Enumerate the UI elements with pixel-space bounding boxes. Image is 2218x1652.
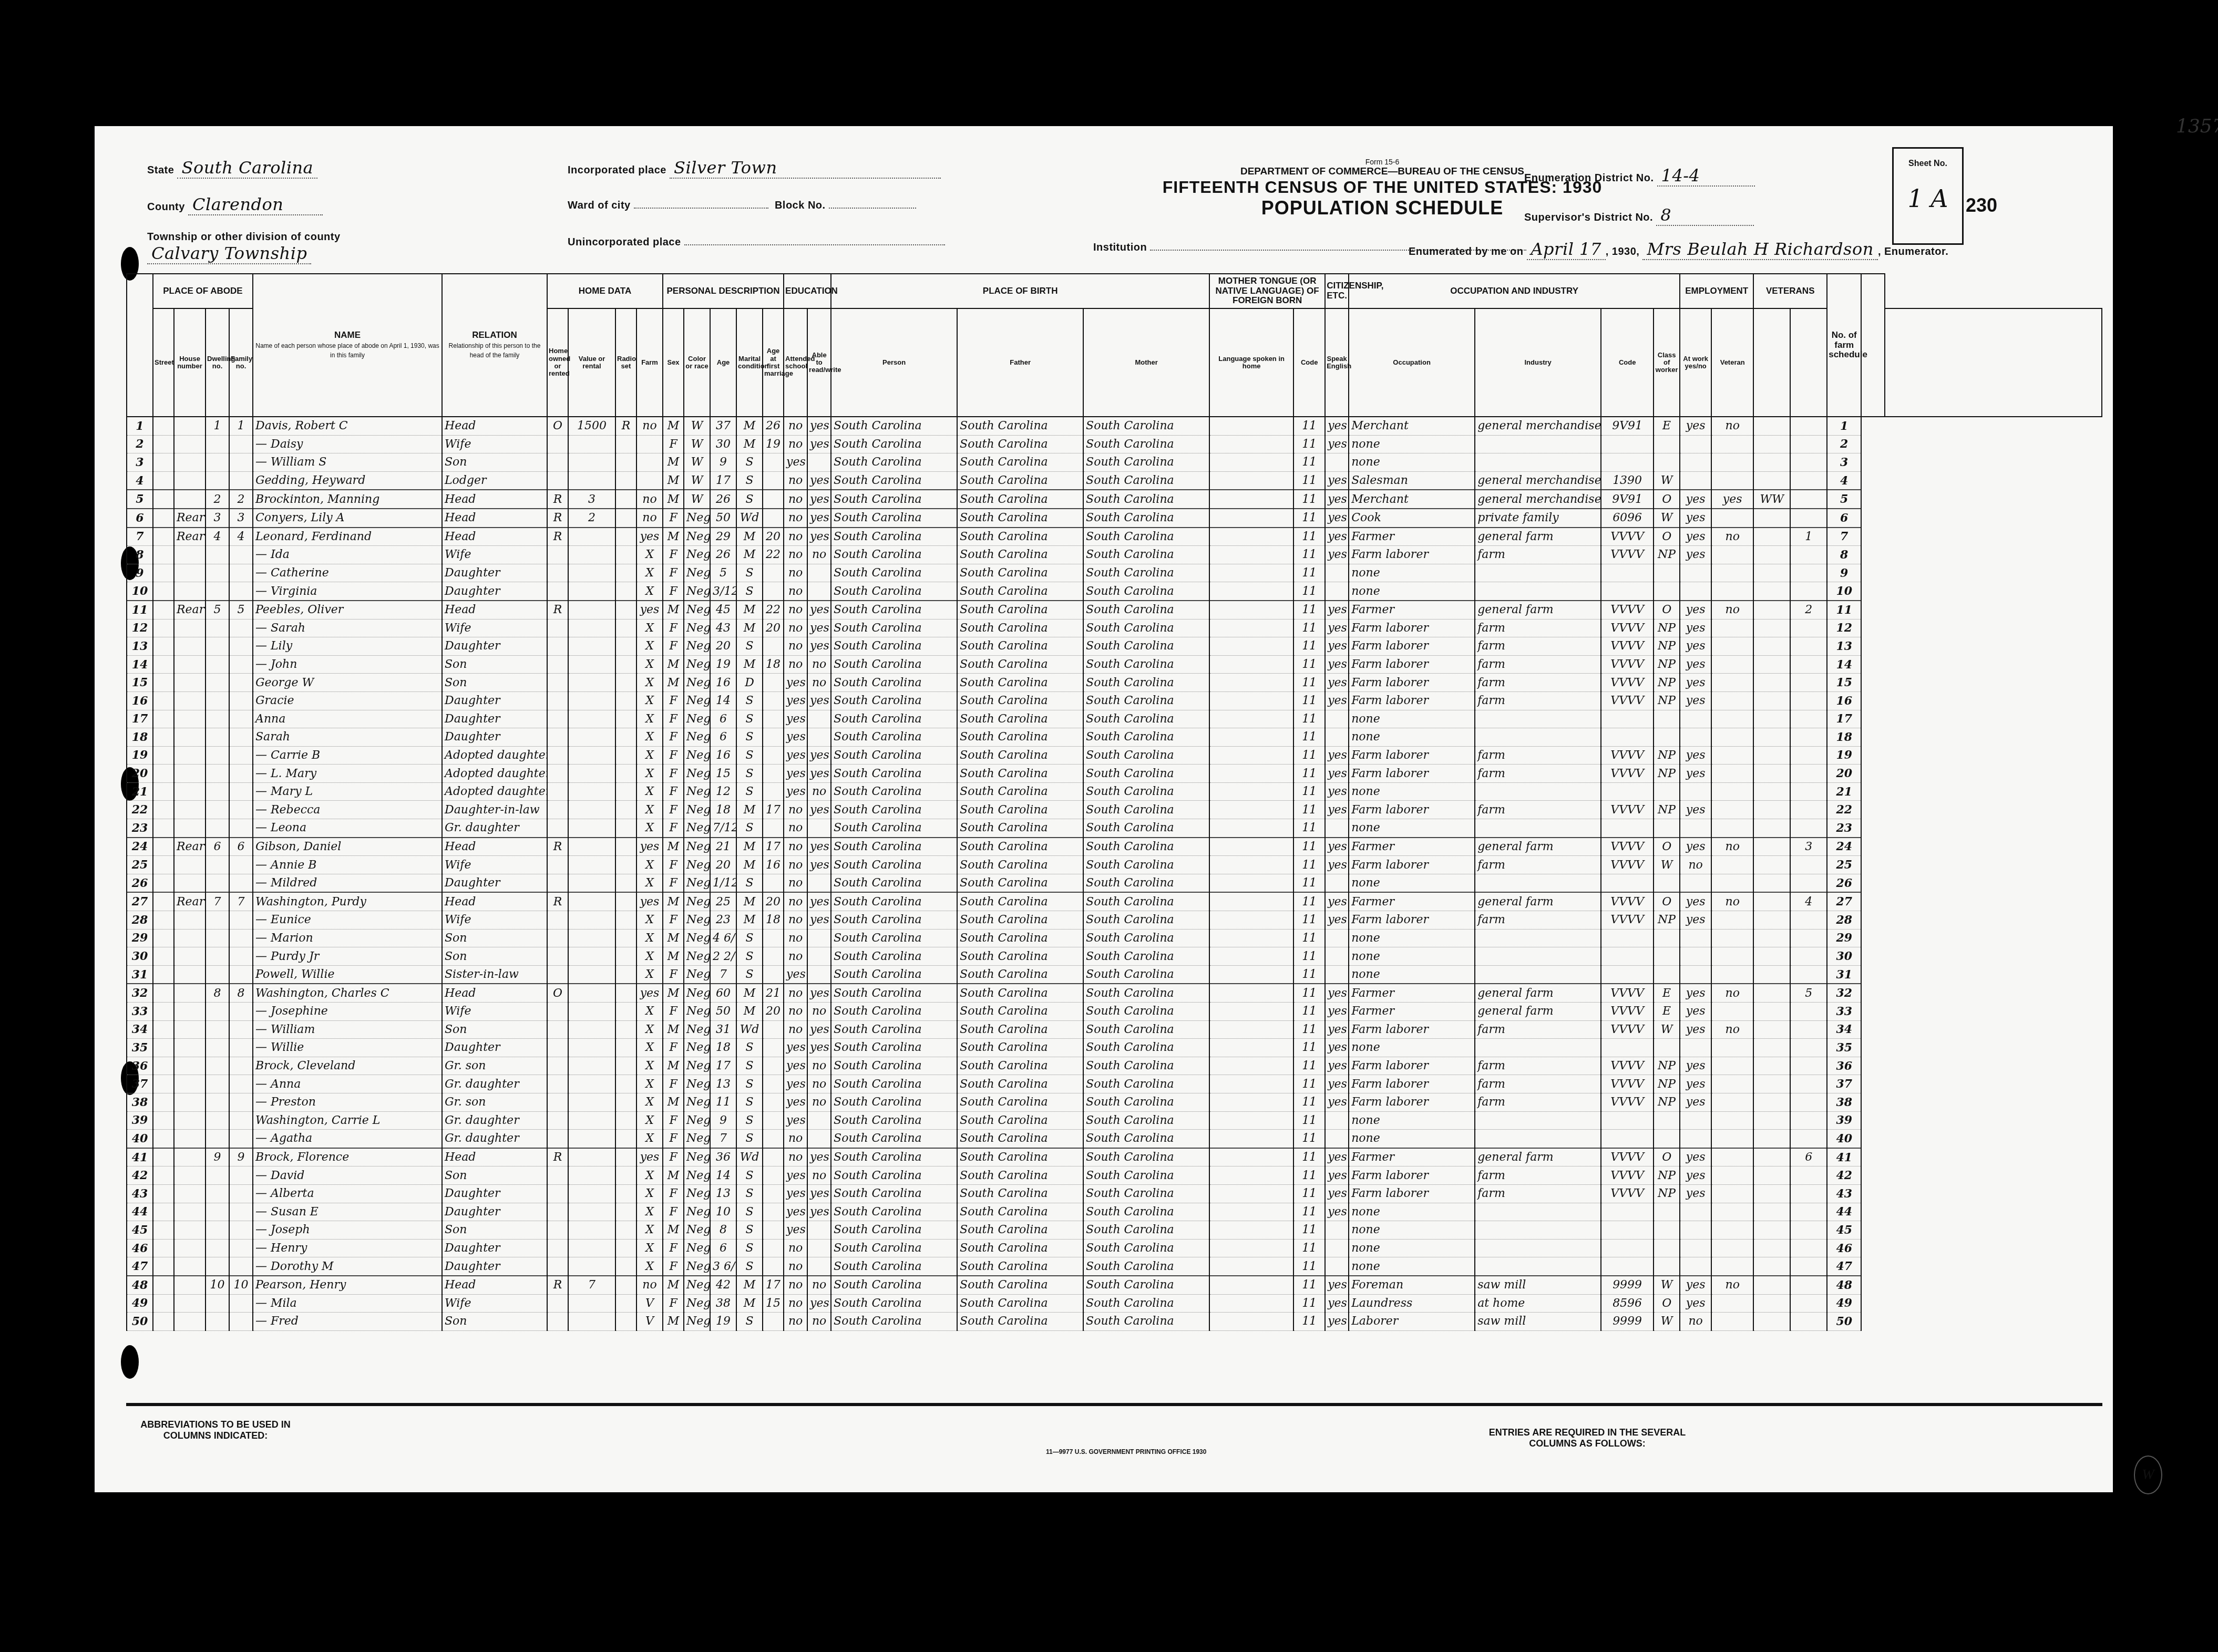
cell-farmsch — [1790, 1057, 1827, 1075]
cell-age: 15 — [710, 765, 736, 783]
group-home-data: HOME DATA — [547, 274, 663, 308]
table-row: 24Rear66Gibson, DanielHeadRyesMNeg21M17n… — [127, 838, 2102, 856]
cell-work — [1680, 435, 1711, 453]
line-number: 24 — [127, 838, 153, 856]
cell-radio — [615, 929, 636, 947]
cell-name: Gibson, Daniel — [253, 838, 442, 856]
cell-ind: farm — [1475, 856, 1601, 874]
cell-school: yes — [784, 691, 807, 710]
cell-vet: no — [1711, 1020, 1753, 1039]
cell-name: — L. Mary — [253, 765, 442, 783]
cell-family — [229, 564, 253, 582]
cell-sex: M — [663, 1276, 684, 1294]
cell-read: yes — [807, 417, 831, 435]
line-number-right: 37 — [1827, 1075, 1861, 1093]
cell-birth: South Carolina — [831, 819, 957, 838]
cell-name: — Annie B — [253, 856, 442, 874]
cell-work: yes — [1680, 509, 1711, 528]
line-number: 18 — [127, 728, 153, 747]
cell-code: 11 — [1293, 1075, 1325, 1093]
cell-rel: Wife — [442, 435, 547, 453]
cell-family — [229, 1111, 253, 1130]
cell-own — [547, 637, 568, 656]
cell-race: Neg — [684, 1039, 710, 1057]
cell-rel: Head — [442, 490, 547, 509]
cell-house — [174, 1148, 206, 1166]
cell-lang — [1209, 435, 1293, 453]
cell-eng — [1325, 1239, 1349, 1257]
cell-ind — [1475, 1221, 1601, 1240]
line-number: 11 — [127, 601, 153, 619]
cell-age: 6 — [710, 728, 736, 747]
cell-race: Neg — [684, 1239, 710, 1257]
cell-radio — [615, 1057, 636, 1075]
cell-cls: NP — [1654, 637, 1680, 656]
cell-occcode: VVVV — [1601, 546, 1654, 564]
cell-war — [1753, 435, 1790, 453]
cell-war — [1753, 911, 1790, 930]
cell-father: South Carolina — [957, 874, 1083, 892]
cell-house — [174, 546, 206, 564]
cell-school: yes — [784, 453, 807, 472]
cell-school: no — [784, 471, 807, 490]
cell-marital: S — [736, 728, 763, 747]
cell-vet — [1711, 582, 1753, 601]
cell-race: W — [684, 490, 710, 509]
cell-father: South Carolina — [957, 435, 1083, 453]
cell-code: 11 — [1293, 471, 1325, 490]
cell-cls: W — [1654, 1276, 1680, 1294]
cell-work: yes — [1680, 601, 1711, 619]
cell-occcode — [1601, 1221, 1654, 1240]
cell-farm: X — [636, 874, 663, 892]
cell-dwelling — [206, 1184, 229, 1203]
cell-agem: 20 — [763, 892, 784, 911]
cell-code: 11 — [1293, 1111, 1325, 1130]
cell-war — [1753, 874, 1790, 892]
cell-sex: F — [663, 1203, 684, 1221]
cell-lang — [1209, 674, 1293, 692]
cell-name: — Susan E — [253, 1203, 442, 1221]
line-number-right: 19 — [1827, 746, 1861, 765]
cell-race: W — [684, 471, 710, 490]
cell-cls — [1654, 1130, 1680, 1148]
cell-lang — [1209, 710, 1293, 728]
cell-vet — [1711, 1003, 1753, 1021]
cell-occcode — [1601, 564, 1654, 582]
table-row: 34— WilliamSonXMNeg31WdnoyesSouth Caroli… — [127, 1020, 2102, 1039]
cell-street — [153, 1294, 174, 1313]
cell-vet — [1711, 1057, 1753, 1075]
cell-birth: South Carolina — [831, 1184, 957, 1203]
line-number-right: 23 — [1827, 819, 1861, 838]
cell-war — [1753, 1166, 1790, 1185]
cell-mother: South Carolina — [1083, 691, 1209, 710]
state-value: South Carolina — [177, 158, 317, 179]
incorporated-field: Incorporated place Silver Town — [568, 158, 941, 179]
state-field: State South Carolina — [147, 158, 317, 179]
cell-family: 2 — [229, 490, 253, 509]
cell-own: R — [547, 838, 568, 856]
group-name: NAMEName of each person whose place of a… — [253, 274, 442, 417]
cell-rel: Son — [442, 947, 547, 966]
cell-marital: S — [736, 874, 763, 892]
cell-name: — David — [253, 1166, 442, 1185]
cell-school: yes — [784, 782, 807, 801]
cell-vet — [1711, 1166, 1753, 1185]
cell-name: Gedding, Heyward — [253, 471, 442, 490]
cell-war — [1753, 1093, 1790, 1111]
cell-read: yes — [807, 856, 831, 874]
cell-farmsch — [1790, 1257, 1827, 1276]
cell-read: no — [807, 782, 831, 801]
line-number: 14 — [127, 655, 153, 674]
cell-father: South Carolina — [957, 564, 1083, 582]
group-relation: RELATIONRelationship of this person to t… — [442, 274, 547, 417]
cell-dwelling — [206, 765, 229, 783]
cell-race: Neg — [684, 528, 710, 546]
cell-occcode: VVVV — [1601, 911, 1654, 930]
cell-farmsch — [1790, 874, 1827, 892]
cell-school: no — [784, 417, 807, 435]
cell-farm: X — [636, 728, 663, 747]
table-row: 13— LilyDaughterXFNeg20SnoyesSouth Carol… — [127, 637, 2102, 656]
county-value: Clarendon — [188, 194, 323, 215]
cell-farm: X — [636, 911, 663, 930]
cell-work: yes — [1680, 691, 1711, 710]
cell-age: 60 — [710, 984, 736, 1002]
cell-race: Neg — [684, 874, 710, 892]
cell-occcode: VVVV — [1601, 1093, 1654, 1111]
cell-street — [153, 838, 174, 856]
cell-own — [547, 1111, 568, 1130]
cell-work — [1680, 1039, 1711, 1057]
line-number: 42 — [127, 1166, 153, 1185]
cell-age: 13 — [710, 1184, 736, 1203]
line-number: 31 — [127, 965, 153, 984]
cell-lang — [1209, 453, 1293, 472]
cell-war — [1753, 728, 1790, 747]
cell-marital: S — [736, 1203, 763, 1221]
cell-occ: Farmer — [1349, 601, 1475, 619]
cell-street — [153, 1257, 174, 1276]
table-row: 481010Pearson, HenryHeadR7noMNeg42M17non… — [127, 1276, 2102, 1294]
cell-radio — [615, 947, 636, 966]
cell-occ: none — [1349, 435, 1475, 453]
cell-farmsch — [1790, 801, 1827, 819]
cell-house — [174, 1130, 206, 1148]
cell-occcode: 9999 — [1601, 1313, 1654, 1331]
cell-school: yes — [784, 1057, 807, 1075]
cell-eng — [1325, 874, 1349, 892]
line-number-right: 47 — [1827, 1257, 1861, 1276]
cell-marital: S — [736, 1166, 763, 1185]
cell-name: — Virginia — [253, 582, 442, 601]
cell-lang — [1209, 1221, 1293, 1240]
page-stamp: 230 — [1966, 194, 1997, 216]
cell-farm — [636, 453, 663, 472]
table-row: 50— FredSonVMNeg19SnonoSouth CarolinaSou… — [127, 1313, 2102, 1331]
cell-value — [568, 765, 615, 783]
cell-work: yes — [1680, 490, 1711, 509]
cell-radio — [615, 746, 636, 765]
cell-occcode: VVVV — [1601, 1166, 1654, 1185]
cell-cls: NP — [1654, 801, 1680, 819]
cell-eng: yes — [1325, 528, 1349, 546]
cell-cls — [1654, 710, 1680, 728]
cell-read: yes — [807, 528, 831, 546]
cell-race: Neg — [684, 655, 710, 674]
cell-mother: South Carolina — [1083, 874, 1209, 892]
cell-cls — [1654, 1111, 1680, 1130]
cell-family: 6 — [229, 838, 253, 856]
cell-ind: farm — [1475, 911, 1601, 930]
cell-work — [1680, 1239, 1711, 1257]
cell-value — [568, 746, 615, 765]
table-row: 18SarahDaughterXFNeg6SyesSouth CarolinaS… — [127, 728, 2102, 747]
cell-marital: S — [736, 1075, 763, 1093]
cell-birth: South Carolina — [831, 892, 957, 911]
cell-father: South Carolina — [957, 453, 1083, 472]
cell-age: 12 — [710, 782, 736, 801]
cell-own — [547, 947, 568, 966]
cell-occcode: VVVV — [1601, 637, 1654, 656]
cell-rel: Head — [442, 601, 547, 619]
cell-street — [153, 984, 174, 1002]
cell-farm: no — [636, 509, 663, 528]
cell-mother: South Carolina — [1083, 1221, 1209, 1240]
cell-cls — [1654, 947, 1680, 966]
cell-vet — [1711, 637, 1753, 656]
cell-radio — [615, 856, 636, 874]
cell-ind — [1475, 929, 1601, 947]
line-number: 13 — [127, 637, 153, 656]
cell-value — [568, 1020, 615, 1039]
cell-value — [568, 1257, 615, 1276]
cell-vet — [1711, 1257, 1753, 1276]
cell-farmsch: 1 — [1790, 528, 1827, 546]
cell-work — [1680, 564, 1711, 582]
cell-eng — [1325, 1111, 1349, 1130]
cell-own — [547, 929, 568, 947]
cell-father: South Carolina — [957, 984, 1083, 1002]
cell-name: Powell, Willie — [253, 965, 442, 984]
cell-value — [568, 1039, 615, 1057]
cell-house — [174, 746, 206, 765]
line-number: 3 — [127, 453, 153, 472]
cell-occ: Farmer — [1349, 1148, 1475, 1166]
cell-race: Neg — [684, 691, 710, 710]
cell-work — [1680, 582, 1711, 601]
cell-war — [1753, 1221, 1790, 1240]
line-number: 7 — [127, 528, 153, 546]
table-row: 42— DavidSonXMNeg14SyesnoSouth CarolinaS… — [127, 1166, 2102, 1185]
cell-sex: F — [663, 710, 684, 728]
cell-sex: M — [663, 1057, 684, 1075]
cell-agem — [763, 765, 784, 783]
cell-own — [547, 674, 568, 692]
cell-work: yes — [1680, 417, 1711, 435]
line-number: 27 — [127, 892, 153, 911]
cell-house — [174, 874, 206, 892]
cell-farm: X — [636, 856, 663, 874]
cell-age: 7/12 — [710, 819, 736, 838]
cell-mother: South Carolina — [1083, 856, 1209, 874]
cell-occcode: VVVV — [1601, 1020, 1654, 1039]
township-field: Township or other division of county Cal… — [147, 231, 463, 264]
cell-house — [174, 1276, 206, 1294]
cell-farmsch — [1790, 509, 1827, 528]
cell-rel: Daughter — [442, 874, 547, 892]
cell-rel: Son — [442, 655, 547, 674]
cell-rel: Son — [442, 674, 547, 692]
corner-number: 1357 — [2176, 116, 2218, 137]
cell-read: yes — [807, 1039, 831, 1057]
cell-cls — [1654, 965, 1680, 984]
cell-marital: M — [736, 1276, 763, 1294]
cell-vet — [1711, 819, 1753, 838]
cell-agem — [763, 453, 784, 472]
cell-sex: M — [663, 1313, 684, 1331]
cell-school: no — [784, 564, 807, 582]
cell-rel: Adopted daughter — [442, 765, 547, 783]
cell-vet — [1711, 1313, 1753, 1331]
cell-agem: 21 — [763, 984, 784, 1002]
footer-instructions: ABBREVIATIONS TO BE USED IN COLUMNS INDI… — [126, 1403, 2102, 1480]
cell-farmsch — [1790, 1294, 1827, 1313]
cell-marital: M — [736, 1003, 763, 1021]
cell-marital: S — [736, 1111, 763, 1130]
cell-farmsch — [1790, 1203, 1827, 1221]
cell-marital: S — [736, 819, 763, 838]
line-number: 34 — [127, 1020, 153, 1039]
cell-street — [153, 1075, 174, 1093]
cell-value — [568, 655, 615, 674]
cell-mother: South Carolina — [1083, 655, 1209, 674]
cell-age: 1/12 — [710, 874, 736, 892]
cell-radio — [615, 911, 636, 930]
cell-father: South Carolina — [957, 801, 1083, 819]
cell-name: — Alberta — [253, 1184, 442, 1203]
cell-rel: Daughter — [442, 564, 547, 582]
cell-family — [229, 965, 253, 984]
cell-agem — [763, 564, 784, 582]
cell-school: yes — [784, 1203, 807, 1221]
cell-house — [174, 1203, 206, 1221]
cell-cls — [1654, 1203, 1680, 1221]
table-row: 43— AlbertaDaughterXFNeg13SyesyesSouth C… — [127, 1184, 2102, 1203]
cell-own — [547, 965, 568, 984]
cell-war — [1753, 1313, 1790, 1331]
cell-code: 11 — [1293, 509, 1325, 528]
cell-sex: F — [663, 1239, 684, 1257]
cell-work: yes — [1680, 984, 1711, 1002]
cell-agem — [763, 929, 784, 947]
cell-house — [174, 435, 206, 453]
cell-lang — [1209, 984, 1293, 1002]
cell-vet: no — [1711, 838, 1753, 856]
table-row: 8— IdaWifeXFNeg26M22nonoSouth CarolinaSo… — [127, 546, 2102, 564]
cell-race: Neg — [684, 1075, 710, 1093]
cell-name: — Josephine — [253, 1003, 442, 1021]
cell-lang — [1209, 1111, 1293, 1130]
cell-occcode: 9V91 — [1601, 490, 1654, 509]
cell-sex: F — [663, 509, 684, 528]
cell-name: — Purdy Jr — [253, 947, 442, 966]
cell-cls: NP — [1654, 911, 1680, 930]
table-row: 45— JosephSonXMNeg8SyesSouth CarolinaSou… — [127, 1221, 2102, 1240]
line-number: 26 — [127, 874, 153, 892]
cell-father: South Carolina — [957, 892, 1083, 911]
cell-agem — [763, 1203, 784, 1221]
cell-vet — [1711, 911, 1753, 930]
cell-name: — John — [253, 655, 442, 674]
cell-farm: X — [636, 637, 663, 656]
cell-ind: farm — [1475, 765, 1601, 783]
cell-farm — [636, 471, 663, 490]
cell-mother: South Carolina — [1083, 911, 1209, 930]
cell-race: Neg — [684, 1148, 710, 1166]
cell-street — [153, 746, 174, 765]
cell-radio — [615, 1184, 636, 1203]
cell-dwelling — [206, 655, 229, 674]
cell-read — [807, 1111, 831, 1130]
cell-marital: S — [736, 765, 763, 783]
cell-eng: yes — [1325, 471, 1349, 490]
cell-eng: yes — [1325, 1020, 1349, 1039]
cell-ind: farm — [1475, 1166, 1601, 1185]
cell-value — [568, 674, 615, 692]
cell-marital: S — [736, 1221, 763, 1240]
cell-occcode — [1601, 1239, 1654, 1257]
cell-sex: F — [663, 746, 684, 765]
line-number: 12 — [127, 619, 153, 637]
cell-lang — [1209, 801, 1293, 819]
cell-house — [174, 1075, 206, 1093]
cell-war — [1753, 947, 1790, 966]
cell-agem — [763, 782, 784, 801]
cell-farmsch — [1790, 1003, 1827, 1021]
cell-own: R — [547, 892, 568, 911]
cell-cls: NP — [1654, 746, 1680, 765]
cell-farm: no — [636, 1276, 663, 1294]
cell-cls: NP — [1654, 655, 1680, 674]
cell-school: yes — [784, 710, 807, 728]
cell-own — [547, 546, 568, 564]
cell-house — [174, 1313, 206, 1331]
cell-read: yes — [807, 911, 831, 930]
cell-code: 11 — [1293, 601, 1325, 619]
cell-name: — Marion — [253, 929, 442, 947]
cell-name: Gracie — [253, 691, 442, 710]
line-number-right: 14 — [1827, 655, 1861, 674]
cell-vet — [1711, 546, 1753, 564]
cell-farm: yes — [636, 1148, 663, 1166]
cell-vet — [1711, 1039, 1753, 1057]
cell-birth: South Carolina — [831, 801, 957, 819]
cell-farm — [636, 435, 663, 453]
cell-farmsch — [1790, 490, 1827, 509]
cell-farmsch — [1790, 674, 1827, 692]
cell-radio — [615, 1166, 636, 1185]
cell-vet: no — [1711, 417, 1753, 435]
line-number-right: 2 — [1827, 435, 1861, 453]
cell-read — [807, 582, 831, 601]
cell-mother: South Carolina — [1083, 1257, 1209, 1276]
cell-ind: farm — [1475, 746, 1601, 765]
cell-farmsch — [1790, 746, 1827, 765]
cell-work: yes — [1680, 746, 1711, 765]
